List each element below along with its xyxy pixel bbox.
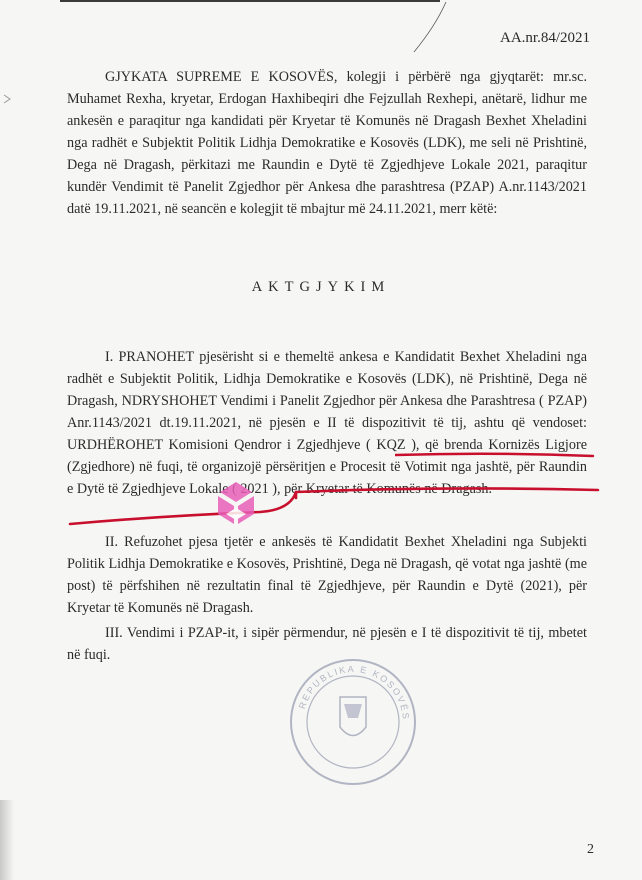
page-edge-shadow: [0, 800, 14, 880]
margin-arrow-icon: [2, 93, 12, 105]
section-one-paragraph: I. PRANOHET pjesërisht si e themeltë ank…: [67, 346, 587, 500]
court-stamp-seal: REPUBLIKA E KOSOVËS: [278, 652, 428, 792]
document-page: AA.nr.84/2021 GJYKATA SUPREME E KOSOVËS,…: [0, 0, 642, 880]
header-rule: [60, 0, 440, 2]
intro-paragraph: GJYKATA SUPREME E KOSOVËS, kolegji i për…: [67, 66, 587, 220]
pen-stroke-mark: [408, 0, 448, 55]
section-two-paragraph: II. Refuzohet pjesa tjetër e ankesës të …: [67, 531, 587, 619]
case-number: AA.nr.84/2021: [500, 30, 590, 47]
verdict-heading: AKTGJYKIM: [0, 279, 642, 296]
page-number: 2: [587, 842, 594, 858]
